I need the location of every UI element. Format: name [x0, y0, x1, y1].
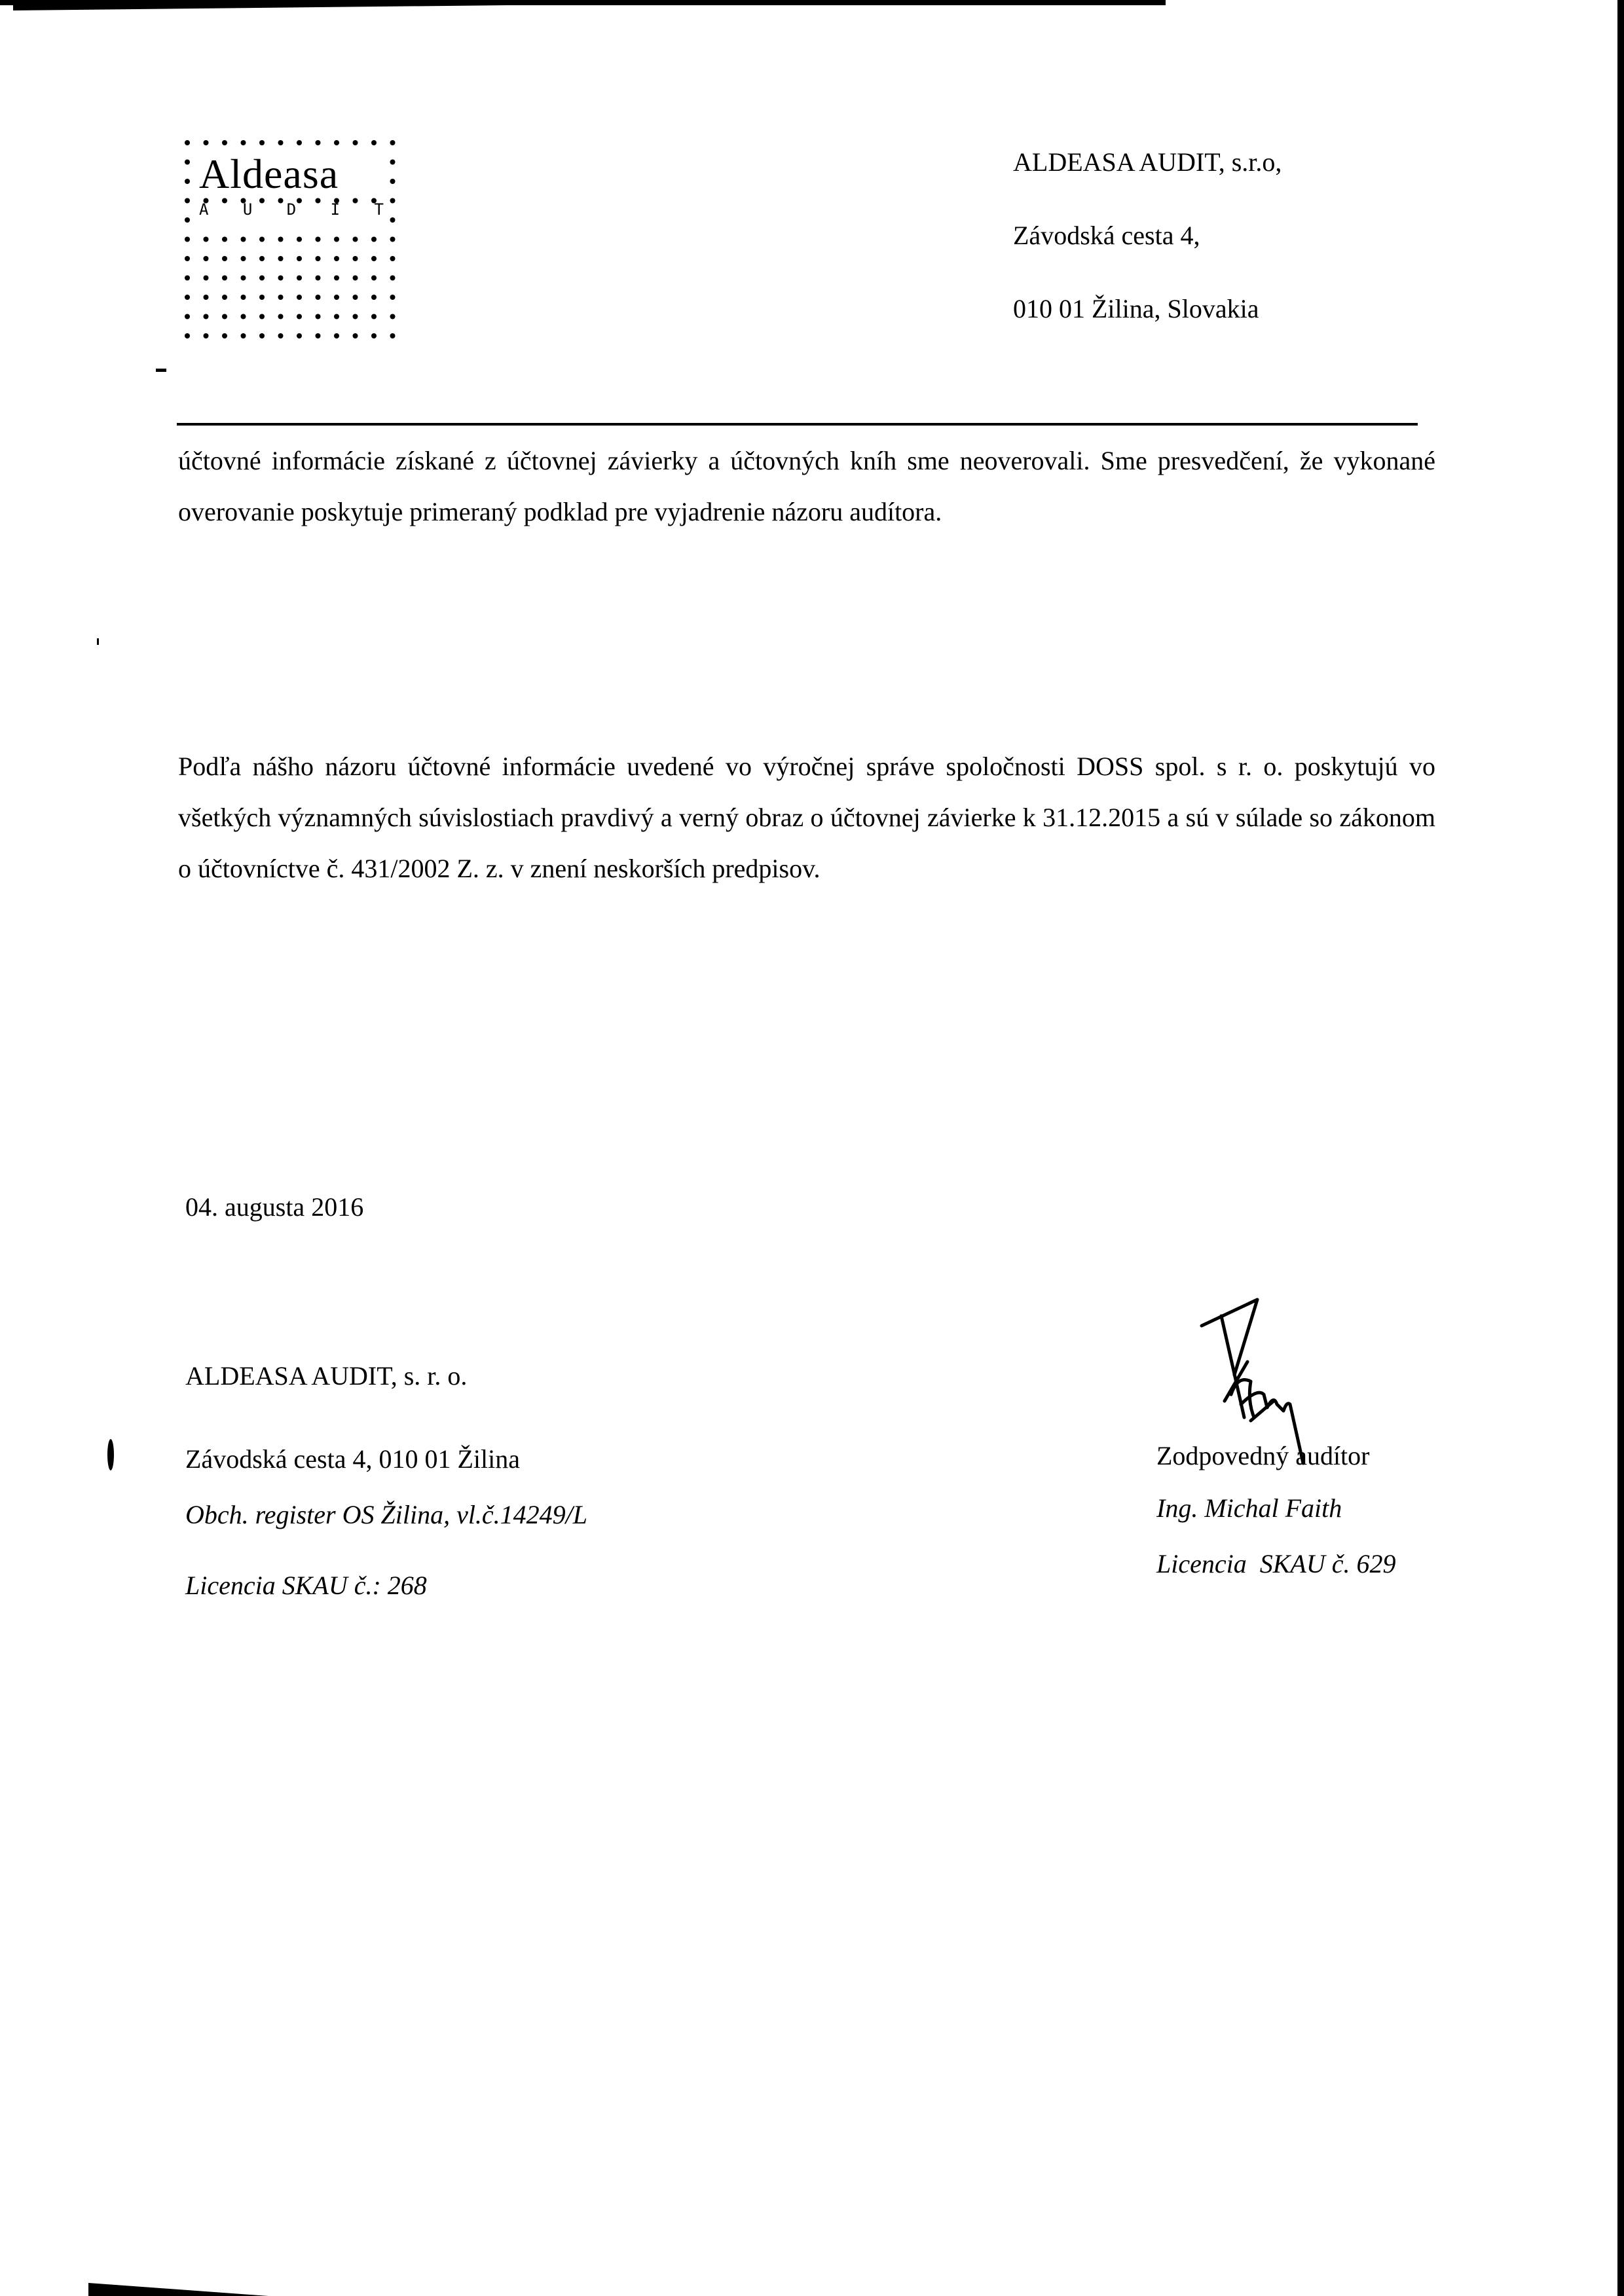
logo-name: Aldeasa	[199, 153, 339, 195]
firm-name: ALDEASA AUDIT, s. r. o.	[185, 1360, 467, 1391]
logo-letter: U	[243, 202, 252, 217]
logo-letter: I	[331, 202, 340, 217]
document-page: Aldeasa A U D I T ALDEASA AUDIT, s.r.o, …	[0, 0, 1624, 2296]
scan-edge-right	[1617, 0, 1624, 2296]
firm-address: Závodská cesta 4, 010 01 Žilina	[185, 1444, 520, 1474]
firm-license: Licencia SKAU č.: 268	[185, 1570, 427, 1601]
paragraph-opinion: Podľa nášho názoru účtovné informácie uv…	[178, 741, 1435, 894]
scan-edge-top-shadow	[13, 0, 995, 10]
auditor-name: Ing. Michal Faith	[1156, 1493, 1342, 1523]
header-company-name: ALDEASA AUDIT, s.r.o,	[1013, 143, 1282, 216]
firm-register: Obch. register OS Žilina, vl.č.14249/L	[185, 1499, 587, 1530]
header-divider	[177, 423, 1418, 426]
auditor-role: Zodpovedný audítor	[1156, 1440, 1370, 1471]
header-street: Závodská cesta 4,	[1013, 216, 1282, 289]
logo-letter: T	[375, 202, 384, 217]
scan-speck	[156, 369, 166, 372]
document-date: 04. augusta 2016	[185, 1192, 363, 1222]
header-address: ALDEASA AUDIT, s.r.o, Závodská cesta 4, …	[1013, 143, 1282, 363]
paragraph-verification: účtovné informácie získané z účtovnej zá…	[178, 435, 1435, 538]
scan-mark	[107, 1439, 114, 1470]
auditor-license: Licencia SKAU č. 629	[1156, 1548, 1396, 1579]
scan-speck	[97, 638, 99, 645]
logo-letter: A	[199, 202, 208, 217]
logo-letter: D	[287, 202, 296, 217]
scan-edge-bottom	[88, 2283, 268, 2296]
company-logo: Aldeasa A U D I T	[181, 136, 403, 346]
logo-subtitle: A U D I T	[199, 202, 384, 217]
header-city: 010 01 Žilina, Slovakia	[1013, 289, 1282, 363]
